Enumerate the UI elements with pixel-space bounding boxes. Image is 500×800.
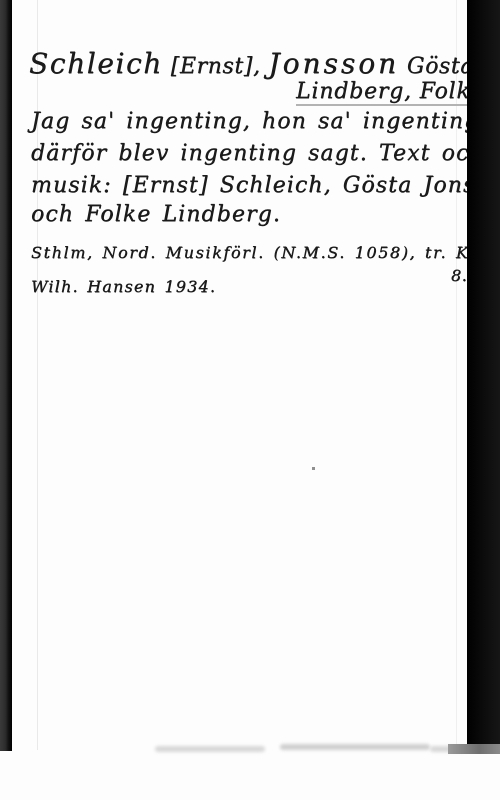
credits-line-2: och Folke Lindberg.	[31, 204, 281, 226]
heading-line-2-underlined: Lindberg, Folke	[296, 81, 484, 106]
credits-line-1: musik: [Ernst] Schleich, Gösta Jonsson	[31, 175, 500, 197]
heading-given-name-bracket: [Ernst],	[171, 54, 261, 79]
scan-smudge	[280, 744, 430, 750]
heading-coauthor-surname: Jonsson	[268, 47, 399, 80]
scan-smudge	[155, 746, 265, 752]
heading-surname: Schleich	[29, 47, 163, 80]
imprint-line-2: Wilh. Hansen 1934.	[31, 279, 216, 295]
scan-speck	[312, 467, 315, 470]
scan-corner-artifact	[448, 744, 500, 754]
imprint-line-1: Sthlm, Nord. Musikförl. (N.M.S. 1058), t…	[31, 245, 500, 261]
scan-border-right	[467, 0, 500, 748]
title-text-line-2: därför blev ingenting sagt. Text och	[31, 143, 485, 165]
heading-line-1: Schleich [Ernst], Jonsson Gösta och	[29, 50, 500, 78]
page-number: 8.	[451, 268, 467, 284]
scan-border-left	[0, 0, 12, 751]
scanned-catalog-card: Schleich [Ernst], Jonsson Gösta och Lind…	[0, 0, 500, 800]
title-text-line-1: Jag sa' ingenting, hon sa' ingenting,	[31, 111, 487, 133]
